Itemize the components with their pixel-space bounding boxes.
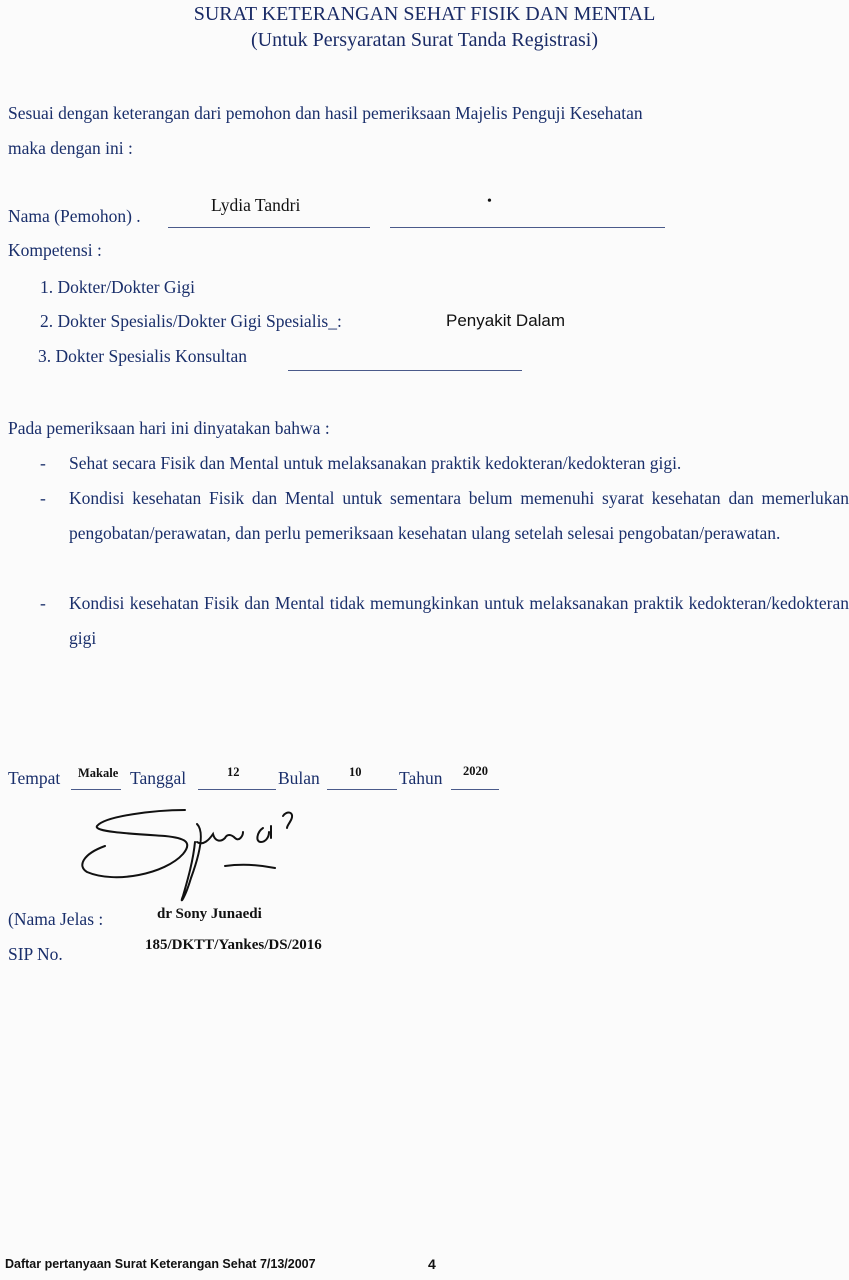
applicant-name-value: Lydia Tandri bbox=[211, 195, 300, 216]
statement-unfit: Kondisi kesehatan Fisik dan Mental tidak… bbox=[69, 586, 849, 656]
year-value: 2020 bbox=[463, 764, 488, 779]
footer-text: Daftar pertanyaan Surat Keterangan Sehat… bbox=[5, 1257, 316, 1271]
month-value: 10 bbox=[349, 765, 362, 780]
signature-icon bbox=[75, 802, 335, 912]
signatory-name-value: dr Sony Junaedi bbox=[157, 906, 262, 923]
place-label: Tempat bbox=[8, 768, 60, 789]
competence-label: Kompetensi : bbox=[8, 240, 102, 261]
bullet-dash-2: - bbox=[40, 488, 46, 509]
year-label: Tahun bbox=[399, 768, 443, 789]
place-value: Makale bbox=[78, 766, 118, 781]
year-line bbox=[451, 789, 499, 790]
day-line bbox=[198, 789, 276, 790]
intro-line-2: maka dengan ini : bbox=[8, 138, 133, 159]
day-value: 12 bbox=[227, 765, 240, 780]
intro-line-1: Sesuai dengan keterangan dari pemohon da… bbox=[8, 103, 643, 124]
signatory-name-label: (Nama Jelas : bbox=[8, 909, 103, 930]
document-subtitle: (Untuk Persyaratan Surat Tanda Registras… bbox=[0, 29, 849, 52]
place-line bbox=[71, 789, 121, 790]
day-label: Tanggal bbox=[130, 768, 186, 789]
month-label: Bulan bbox=[278, 768, 320, 789]
examination-heading: Pada pemeriksaan hari ini dinyatakan bah… bbox=[8, 418, 330, 439]
ink-dot: • bbox=[487, 194, 492, 210]
statement-healthy: Sehat secara Fisik dan Mental untuk mela… bbox=[69, 446, 849, 481]
competence-specialty-value: Penyakit Dalam bbox=[446, 311, 565, 331]
bullet-dash-3: - bbox=[40, 593, 46, 614]
applicant-name-line bbox=[168, 227, 370, 228]
page-number: 4 bbox=[428, 1256, 436, 1272]
month-line bbox=[327, 789, 397, 790]
applicant-name-extra-line bbox=[390, 227, 665, 228]
competence-item-2: 2. Dokter Spesialis/Dokter Gigi Spesiali… bbox=[40, 311, 342, 332]
applicant-name-label: Nama (Pemohon) . bbox=[8, 206, 141, 227]
consultant-line bbox=[288, 370, 522, 371]
competence-item-1: 1. Dokter/Dokter Gigi bbox=[40, 277, 195, 298]
document-title: SURAT KETERANGAN SEHAT FISIK DAN MENTAL bbox=[0, 3, 849, 26]
competence-item-3: 3. Dokter Spesialis Konsultan bbox=[38, 346, 247, 367]
bullet-dash-1: - bbox=[40, 453, 46, 474]
sip-value: 185/DKTT/Yankes/DS/2016 bbox=[145, 937, 322, 954]
statement-temporarily-unfit: Kondisi kesehatan Fisik dan Mental untuk… bbox=[69, 481, 849, 551]
sip-label: SIP No. bbox=[8, 944, 63, 965]
